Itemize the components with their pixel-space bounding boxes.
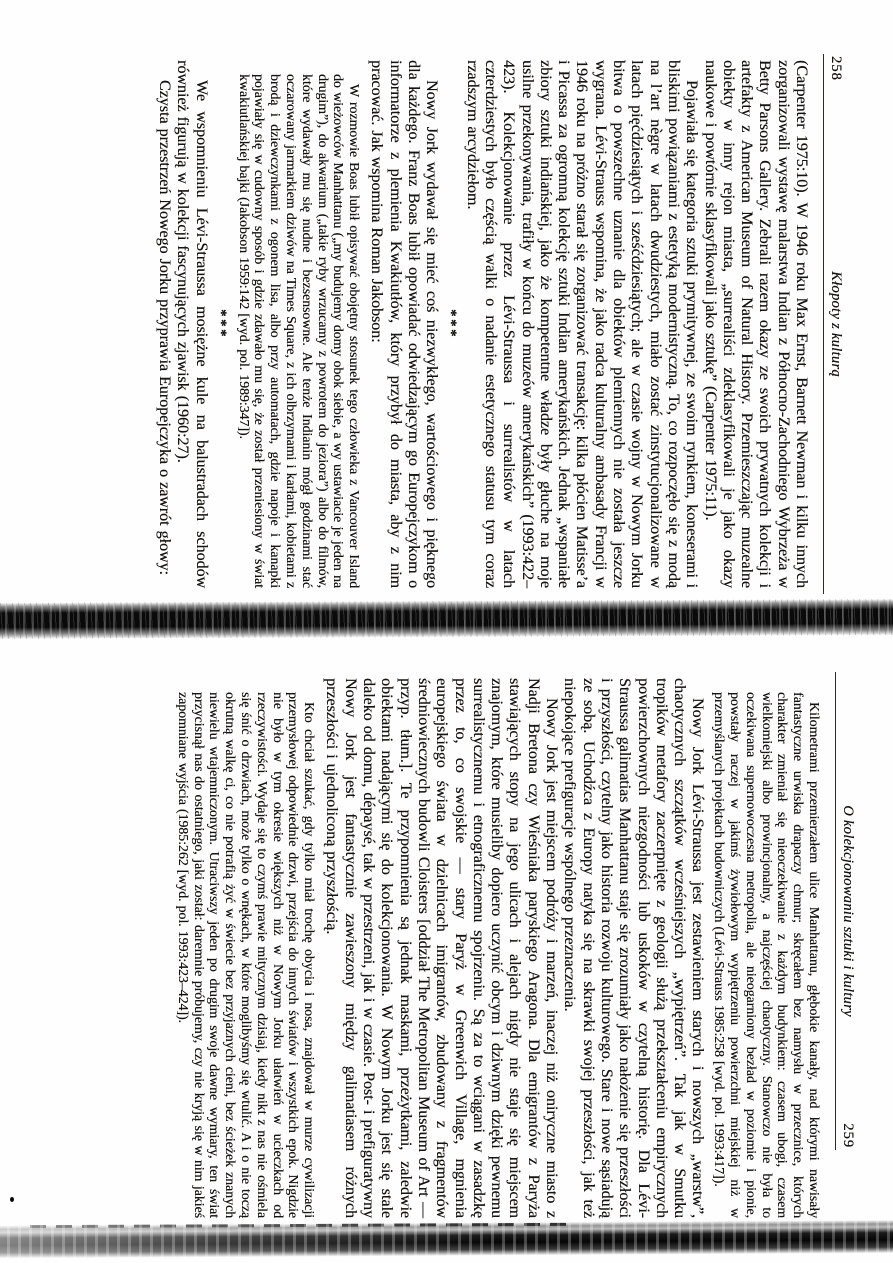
block-quote: Kilometrami przemierzałem ulice Manhatta…: [711, 692, 822, 1218]
section-separator: ***: [211, 60, 231, 588]
ink-dot: [10, 1197, 14, 1202]
page-259-body: Kilometrami przemierzałem ulice Manhatta…: [175, 668, 822, 1228]
page-number-259: 259: [839, 1123, 857, 1148]
gutter-shadow-band: [0, 599, 893, 639]
paragraph: We wspomnieniu Lévi-Straussa mosiężne ku…: [173, 60, 210, 588]
paragraph: Nowy Jork jest miejscem podróży i marzeń…: [322, 678, 560, 1218]
paragraph: Nowy Jork wydawał się mieć coś niezwykłe…: [367, 60, 440, 588]
page-258: 258 Kłopoty z kulturą (Carpenter 1975:10…: [47, 50, 845, 598]
bottom-scan-band: [0, 1214, 893, 1260]
running-head-259: O kolekcjonowaniu sztuki i kultury 259: [835, 672, 857, 1150]
block-quote: Kto chciał szukać, gdy tylko miał trochę…: [175, 692, 317, 1218]
running-head-258: 258 Kłopoty z kulturą: [823, 54, 845, 594]
paragraph: Pojawiała się kategoria sztuki prymitywn…: [462, 60, 700, 588]
page-259: O kolekcjonowaniu sztuki i kultury 259 K…: [43, 668, 857, 1228]
page-number-258: 258: [827, 56, 845, 81]
book-scan: 258 Kłopoty z kulturą (Carpenter 1975:10…: [0, 0, 893, 1263]
running-title-259: O kolekcjonowaniu sztuki i kultury: [839, 672, 857, 1150]
section-separator: ***: [441, 60, 461, 588]
paragraph: (Carpenter 1975:10). W 1946 roku Max Ern…: [700, 60, 810, 588]
running-title-258: Kłopoty z kulturą: [827, 54, 845, 594]
paragraph: Nowy Jork Lévi-Straussa jest zestawienie…: [560, 678, 706, 1218]
paragraph: Czysta przestrzeń Nowego Jorku przyprawi…: [155, 60, 173, 588]
page-258-body: (Carpenter 1975:10). W 1946 roku Max Ern…: [155, 50, 810, 598]
block-quote: W rozmowie Boas lubił opisywać obojętny …: [236, 74, 362, 588]
